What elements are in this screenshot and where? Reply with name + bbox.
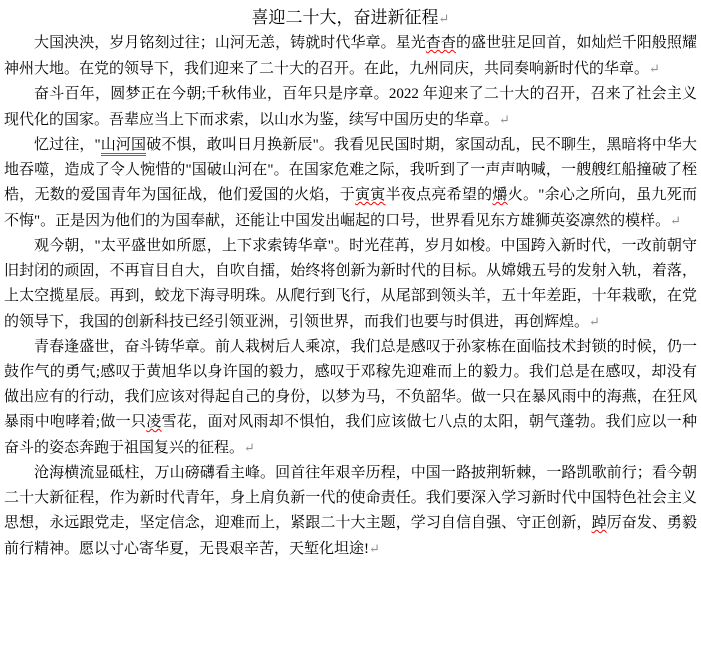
paragraph[interactable]: 忆过往，"山河国破不惧，敢叫日月换新辰"。我看见民国时期，家国动乱，民不聊生，黑… [4, 133, 697, 234]
text-run: 半夜点亮希望的 [386, 187, 493, 203]
paragraph[interactable]: 青春逢盛世，奋斗铸华章。前人栽树后人乘凉，我们总是感叹于孙家栋在面临技术封锁的时… [4, 335, 697, 461]
document-title: 喜迎二十大，奋进新征程 [252, 8, 439, 27]
text-run: 大国泱泱，岁月铭刻过往；山河无恙，铸就时代华章。星光 [34, 35, 426, 51]
paragraph[interactable]: 观今朝，"太平盛世如所愿，上下求索铸华章"。时光荏苒，岁月如梭。中国跨入新时代，… [4, 234, 697, 335]
document-body: 大国泱泱，岁月铭刻过往；山河无恙，铸就时代华章。星光杳杳的盛世驻足回首，如灿烂千… [4, 31, 697, 562]
document-title-line[interactable]: 喜迎二十大，奋进新征程↵ [4, 5, 697, 31]
paragraph-mark-icon: ↵ [369, 541, 380, 556]
text-run: 2022 [389, 86, 419, 102]
grammar-check-text: 山河国 [101, 137, 147, 156]
text-run: 忆过往，" [34, 137, 101, 153]
paragraph-mark-icon: ↵ [439, 11, 450, 26]
paragraph-mark-icon: ↵ [649, 61, 660, 76]
paragraph[interactable]: 大国泱泱，岁月铭刻过往；山河无恙，铸就时代华章。星光杳杳的盛世驻足回首，如灿烂千… [4, 31, 697, 82]
spell-error-text: 杳杳 [426, 35, 456, 51]
spell-error-text: 寅寅 [355, 187, 386, 203]
paragraph-mark-icon: ↵ [244, 440, 255, 455]
spell-error-text: 凌 [146, 414, 161, 430]
spell-error-text: 爝 [492, 187, 507, 203]
paragraph[interactable]: 沧海横流显砥柱，万山磅礴看主峰。回首往年艰辛历程，中国一路披荆斩棘，一路凯歌前行… [4, 461, 697, 562]
word-document-page: 喜迎二十大，奋进新征程↵ 大国泱泱，岁月铭刻过往；山河无恙，铸就时代华章。星光杳… [0, 0, 701, 655]
paragraph-mark-icon: ↵ [589, 314, 600, 329]
paragraph-mark-icon: ↵ [499, 112, 510, 127]
paragraph-mark-icon: ↵ [670, 213, 681, 228]
paragraph[interactable]: 奋斗百年，圆梦正在今朝;千秋伟业，百年只是序章。2022 年迎来了二十大的召开，… [4, 82, 697, 133]
text-run: 奋斗百年，圆梦正在今朝;千秋伟业，百年只是序章。 [34, 86, 389, 102]
spell-error-text: 踔 [592, 515, 607, 531]
